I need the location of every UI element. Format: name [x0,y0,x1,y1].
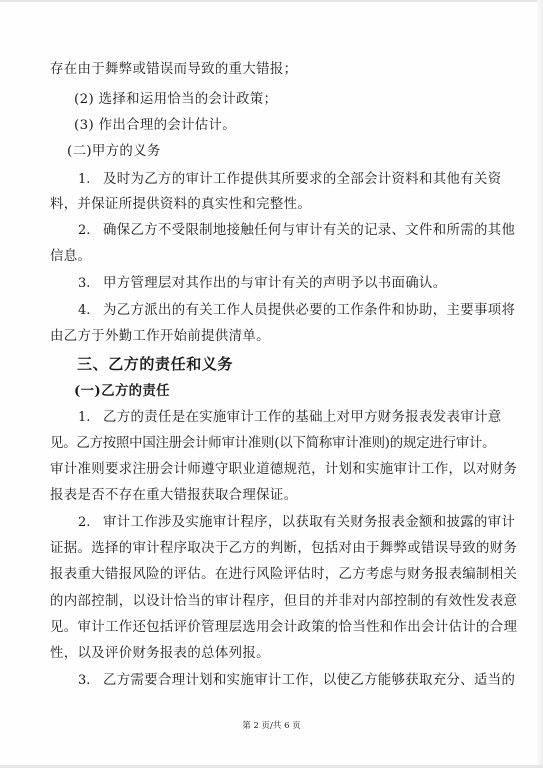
item-number: 3. [78,276,90,292]
paragraph-line: 甲方管理层对其作出的与审计有关的声明予以书面确认。 [103,276,447,292]
paragraph-line: 证据。选择的审计程序取决于乙方的判断，包括对由于舞弊或错误导致的财务 [50,541,517,557]
paragraph-line: 存在由于舞弊或错误而导致的重大错报； [50,62,297,78]
paragraph-line: 报表重大错报风险的评估。在进行风险评估时，乙方考虑与财务报表编制相关 [50,567,517,583]
item-number: 1. [78,410,90,426]
subsection-heading-party-a-obligations: (二)甲方的义务 [67,144,161,160]
item-number: 1. [78,172,90,188]
paragraph-line: 为乙方派出的有关工作人员提供必要的工作条件和协助，主要事项将 [103,303,515,319]
scan-edge-right [537,0,543,768]
subsection-heading-party-b-responsibility: (一)乙方的责任 [74,383,170,399]
scan-edge-top [0,0,543,2]
paragraph-line: 审计准则要求注册会计师遵守职业道德规范，计划和实施审计工作，以对财务 [50,462,517,478]
item-number: 4. [78,303,90,319]
paragraph-line: 乙方的责任是在实施审计工作的基础上对甲方财务报表发表审计意 [103,410,501,426]
paragraph-line: 由乙方于外勤工作开始前提供清单。 [50,329,270,345]
paragraph-line: 信息。 [50,249,91,265]
list-item-3: (3) 作出合理的会计估计。 [74,118,236,134]
paragraph-line: 及时为乙方的审计工作提供其所要求的全部会计资料和其他有关资 [103,172,501,188]
paragraph-line: 审计工作涉及实施审计程序，以获取有关财务报表金额和披露的审计 [103,515,515,531]
paragraph-line: 见。乙方按照中国注册会计师审计准则(以下简称审计准则)的规定进行审计。 [50,436,495,452]
section-heading-party-b: 三、乙方的责任和义务 [77,356,233,372]
paragraph-line: 确保乙方不受限制地接触任何与审计有关的记录、文件和所需的其他 [103,223,515,239]
item-number: 2. [78,223,90,239]
list-item-2: (2) 选择和运用恰当的会计政策； [74,92,277,108]
paragraph-line: 的内部控制，以设计恰当的审计程序，但目的并非对内部控制的有效性发表意 [50,594,517,610]
paragraph-line: 乙方需要合理计划和实施审计工作，以使乙方能够获取充分、适当的 [103,673,515,689]
paragraph-line: 性，以及评价财务报表的总体列报。 [50,646,270,662]
paragraph-line: 料，并保证所提供资料的真实性和完整性。 [50,197,311,213]
item-number: 3. [78,673,90,689]
paragraph-line: 报表是否不存在重大错报获取合理保证。 [50,488,297,504]
paragraph-line: 见。审计工作还包括评价管理层选用会计政策的恰当性和作出会计估计的合理 [50,620,517,636]
page-number-footer: 第 2 页/共 6 页 [0,721,543,731]
document-page: 存在由于舞弊或错误而导致的重大错报； (2) 选择和运用恰当的会计政策； (3)… [0,0,543,768]
item-number: 2. [78,515,90,531]
